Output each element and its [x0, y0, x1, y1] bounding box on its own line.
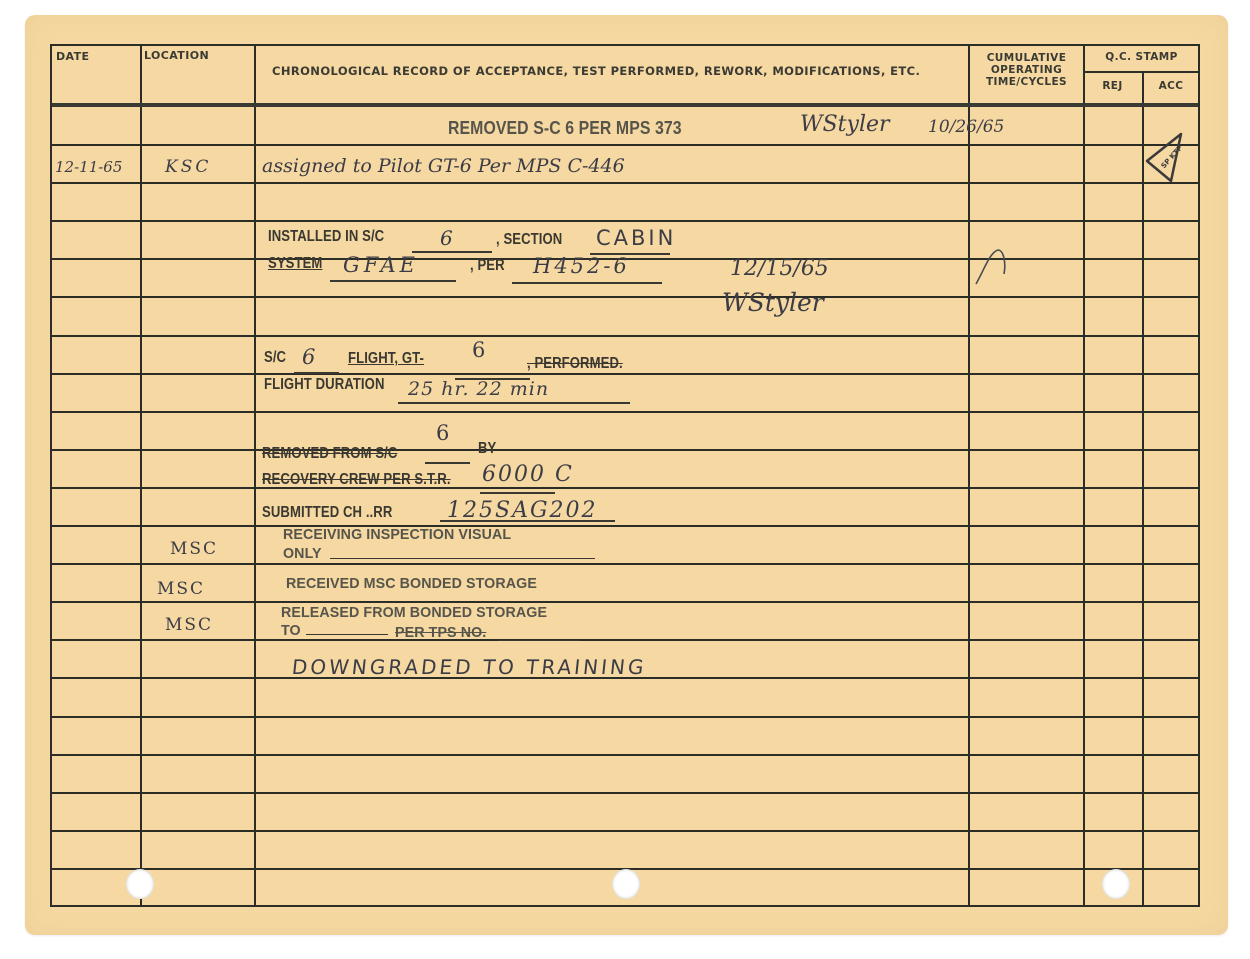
flight-duration-value: 25 hr. 22 min: [408, 378, 549, 400]
header-chronological-record: CHRONOLOGICAL RECORD OF ACCEPTANCE, TEST…: [272, 65, 920, 78]
released-to-label: TO: [281, 622, 301, 639]
header-location: LOCATION: [144, 49, 209, 62]
column-divider-cumulative: [1083, 46, 1085, 905]
installed-date: 12/15/65: [730, 256, 829, 281]
row-rule: [52, 411, 1198, 413]
submitted-label: SUBMITTED CH ..RR: [262, 504, 392, 522]
removed-signature: WStyler: [800, 112, 890, 137]
receiving-inspection-line1: RECEIVING INSPECTION VISUAL: [283, 526, 511, 543]
column-divider-record: [968, 46, 970, 905]
header-cumulative-line3: TIME/CYCLES: [970, 76, 1083, 88]
header-qc-stamp: Q.C. STAMP: [1083, 51, 1200, 64]
header-cumulative-line1: CUMULATIVE: [970, 52, 1083, 64]
row-rule: [52, 373, 1198, 375]
str-value: 6000 C: [482, 462, 574, 487]
row-rule: [52, 639, 1198, 641]
system-label: SYSTEM: [268, 255, 322, 273]
removed-by-label: BY: [478, 440, 496, 458]
row-rule: [52, 754, 1198, 756]
assigned-location: KSC: [165, 157, 211, 177]
installed-signature: WStyler: [722, 288, 824, 317]
flight-gt-field: [455, 356, 530, 380]
released-to-field: [306, 624, 388, 635]
removed-from-sc-value: 6: [436, 421, 449, 445]
column-divider-rej: [1142, 73, 1144, 905]
row-rule: [52, 792, 1198, 794]
row-rule: [52, 449, 1198, 451]
performed-label: , PERFORMED.: [527, 355, 623, 373]
per-tps-field: [498, 630, 580, 641]
qc-stamp-subheader-rule: [1083, 71, 1198, 73]
row-rule: [52, 830, 1198, 832]
per-value: H452-6: [533, 254, 630, 278]
row-rule: [52, 182, 1198, 184]
receiving-field: [330, 548, 595, 559]
row-rule: [52, 144, 1198, 146]
assigned-date: 12-11-65: [55, 158, 122, 176]
row-rule: [52, 220, 1198, 222]
received-storage-location: MSC: [157, 579, 205, 599]
receiving-inspection-line2: ONLY: [283, 545, 322, 562]
row-rule: [52, 296, 1198, 298]
row-rule: [52, 487, 1198, 489]
per-label: , PER: [470, 257, 505, 275]
removed-sc-stamp-text: REMOVED S-C 6 PER MPS 373: [448, 118, 682, 139]
punch-hole-left: [126, 869, 154, 899]
row-rule: [52, 716, 1198, 718]
flight-duration-label: FLIGHT DURATION: [264, 376, 385, 394]
row-rule: [52, 335, 1198, 337]
qc-acceptance-stamp-icon: SP KTP: [1143, 131, 1185, 183]
header-cumulative-line2: OPERATING: [970, 64, 1083, 76]
header-rej: REJ: [1083, 80, 1142, 93]
removed-from-sc-field: [425, 444, 470, 464]
check-mark-icon: [970, 240, 1020, 290]
released-storage-line1: RELEASED FROM BONDED STORAGE: [281, 604, 547, 621]
released-storage-location: MSC: [165, 615, 213, 635]
punch-hole-center: [612, 869, 640, 899]
system-value: GFAE: [343, 253, 419, 277]
flight-gt-label: FLIGHT, GT-: [348, 350, 424, 368]
downgraded-text: DOWNGRADED TO TRAINING: [291, 655, 648, 679]
header-cumulative: CUMULATIVE OPERATING TIME/CYCLES: [970, 52, 1083, 88]
header-acc: ACC: [1142, 80, 1200, 93]
record-table: [50, 44, 1200, 907]
column-divider-date: [140, 46, 142, 905]
header-rule: [52, 103, 1198, 107]
assigned-text: assigned to Pilot GT-6 Per MPS C-446: [262, 155, 625, 177]
flight-sc-value: 6: [302, 345, 315, 369]
flight-gt-value: 6: [472, 338, 485, 362]
installed-sc-value: 6: [440, 226, 453, 250]
section-value: CABIN: [596, 226, 676, 250]
recovery-crew-label: RECOVERY CREW PER S.T.R.: [262, 471, 451, 489]
row-rule: [52, 601, 1198, 603]
per-tps-label: PER TPS NO.: [395, 624, 486, 641]
removed-date: 10/26/65: [928, 117, 1004, 137]
punch-hole-right: [1102, 869, 1130, 899]
receiving-location: MSC: [170, 539, 218, 559]
row-rule: [52, 525, 1198, 527]
submitted-field: [440, 505, 615, 522]
section-label: , SECTION: [496, 231, 562, 249]
removed-from-label: REMOVED FROM S/C: [262, 445, 397, 463]
flight-sc-field: [294, 350, 339, 374]
column-divider-location: [254, 46, 256, 905]
received-storage-text: RECEIVED MSC BONDED STORAGE: [286, 575, 537, 592]
row-rule: [52, 563, 1198, 565]
installed-label: INSTALLED IN S/C: [268, 228, 384, 246]
header-date: DATE: [56, 50, 89, 63]
flight-sc-label: S/C: [264, 349, 286, 367]
